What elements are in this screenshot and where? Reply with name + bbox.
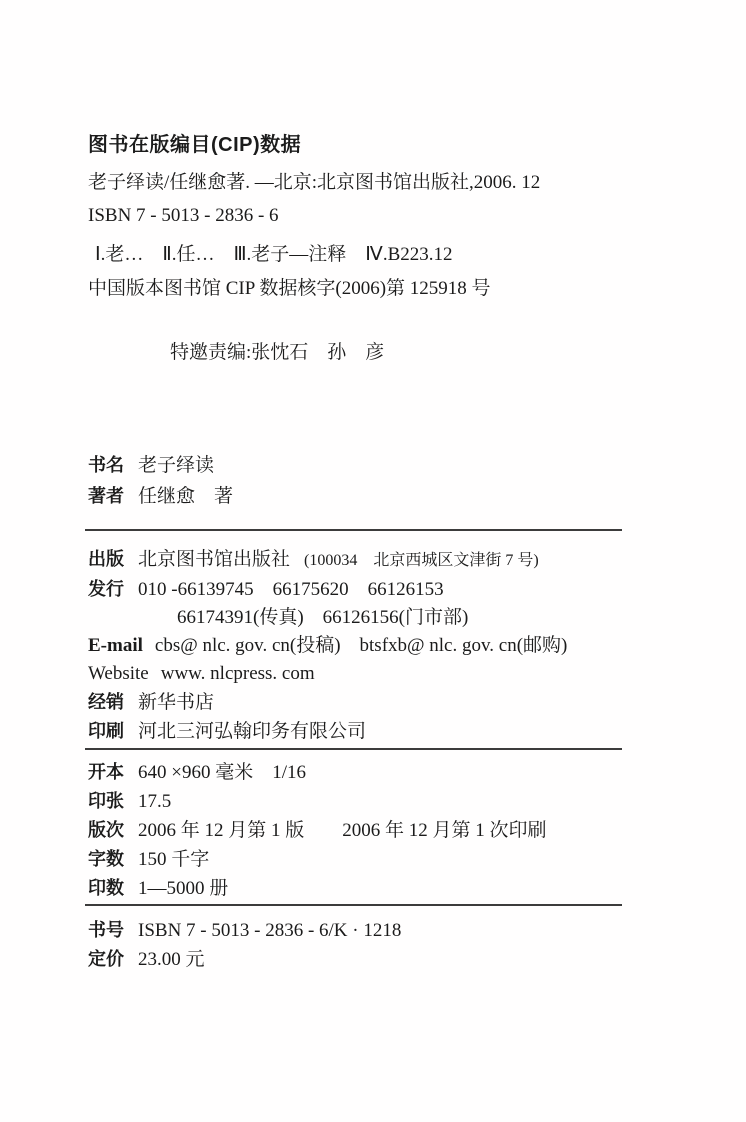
author-value: 任继愈 著 [138,485,233,509]
publisher-label: 出版 [88,545,138,573]
sheets-label: 印张 [88,787,138,816]
printer-value: 河北三河弘翰印务有限公司 [138,718,366,746]
printrun-row: 印数 1—5000 册 [88,874,690,903]
publisher-section: 出版 北京图书馆出版社 (100034 北京西城区文津街 7 号) 发行 010… [88,531,690,746]
cip-isbn-line: ISBN 7 - 5013 - 2836 - 6 [88,204,690,228]
format-row: 开本 640 ×960 毫米 1/16 [88,758,690,787]
edition-row: 版次 2006 年 12 月第 1 版 2006 年 12 月第 1 次印刷 [88,816,690,845]
cip-title-line: 老子绎读/任继愈著. —北京:北京图书馆出版社,2006. 12 [88,171,690,195]
email-row: E-mail cbs@ nlc. gov. cn(投稿) btsfxb@ nlc… [88,632,690,660]
book-title-value: 老子绎读 [138,454,214,478]
printing-section: 开本 640 ×960 毫米 1/16 印张 17.5 版次 2006 年 12… [88,750,690,903]
printer-row: 印刷 河北三河弘翰印务有限公司 [88,717,690,746]
price-label: 定价 [88,945,138,974]
page-content: 图书在版编目(CIP)数据 老子绎读/任继愈著. —北京:北京图书馆出版社,20… [0,0,746,974]
email-value: cbs@ nlc. gov. cn(投稿) btsfxb@ nlc. gov. … [155,632,567,660]
distribution-row-continued: 66174391(传真) 66126156(门市部) [88,604,690,632]
seller-row: 经销 新华书店 [88,688,690,717]
invited-editor-line: 特邀责编:张忱石 孙 彦 [170,341,690,365]
printrun-value: 1—5000 册 [138,874,228,903]
author-row: 著者 任继愈 著 [88,484,690,509]
price-row: 定价 23.00 元 [88,945,690,974]
copyright-page: 图书在版编目(CIP)数据 老子绎读/任继愈著. —北京:北京图书馆出版社,20… [0,0,746,1122]
book-title-row: 书名 老子绎读 [88,453,690,478]
edition-label: 版次 [88,816,138,845]
cip-classification-line: Ⅰ.老… Ⅱ.任… Ⅲ.老子—注释 Ⅳ.B223.12 [88,243,690,267]
distribution-row: 发行 010 -66139745 66175620 66126153 [88,575,690,604]
booknumber-label: 书号 [88,916,138,945]
wordcount-value: 150 千字 [138,845,209,874]
printrun-label: 印数 [88,874,138,903]
printer-label: 印刷 [88,717,138,745]
title-block: 书名 老子绎读 著者 任继愈 著 [88,453,690,509]
website-value: www. nlcpress. com [161,660,315,688]
format-label: 开本 [88,758,138,787]
seller-label: 经销 [88,688,138,716]
wordcount-row: 字数 150 千字 [88,845,690,874]
sheets-value: 17.5 [138,787,171,816]
format-value: 640 ×960 毫米 1/16 [138,758,306,787]
publisher-value: 北京图书馆出版社 [138,546,290,574]
price-value: 23.00 元 [138,945,205,974]
booknumber-value: ISBN 7 - 5013 - 2836 - 6/K · 1218 [138,916,401,945]
cip-record-line: 中国版本图书馆 CIP 数据核字(2006)第 125918 号 [88,277,690,301]
sheets-row: 印张 17.5 [88,787,690,816]
booknumber-row: 书号 ISBN 7 - 5013 - 2836 - 6/K · 1218 [88,916,690,945]
distribution-label: 发行 [88,575,138,603]
seller-value: 新华书店 [138,689,214,717]
website-label: Website [88,660,149,688]
book-title-label: 书名 [88,453,138,477]
publisher-address-note: (100034 北京西城区文津街 7 号) [304,547,539,575]
author-label: 著者 [88,484,138,508]
cip-heading: 图书在版编目(CIP)数据 [88,133,690,157]
email-label: E-mail [88,632,143,660]
distribution-phones: 010 -66139745 66175620 66126153 [138,576,444,604]
publisher-row: 出版 北京图书馆出版社 (100034 北京西城区文津街 7 号) [88,545,690,575]
price-section: 书号 ISBN 7 - 5013 - 2836 - 6/K · 1218 定价 … [88,906,690,974]
edition-value: 2006 年 12 月第 1 版 2006 年 12 月第 1 次印刷 [138,816,547,845]
website-row: Website www. nlcpress. com [88,660,690,688]
wordcount-label: 字数 [88,845,138,874]
distribution-phones-2: 66174391(传真) 66126156(门市部) [177,604,468,632]
